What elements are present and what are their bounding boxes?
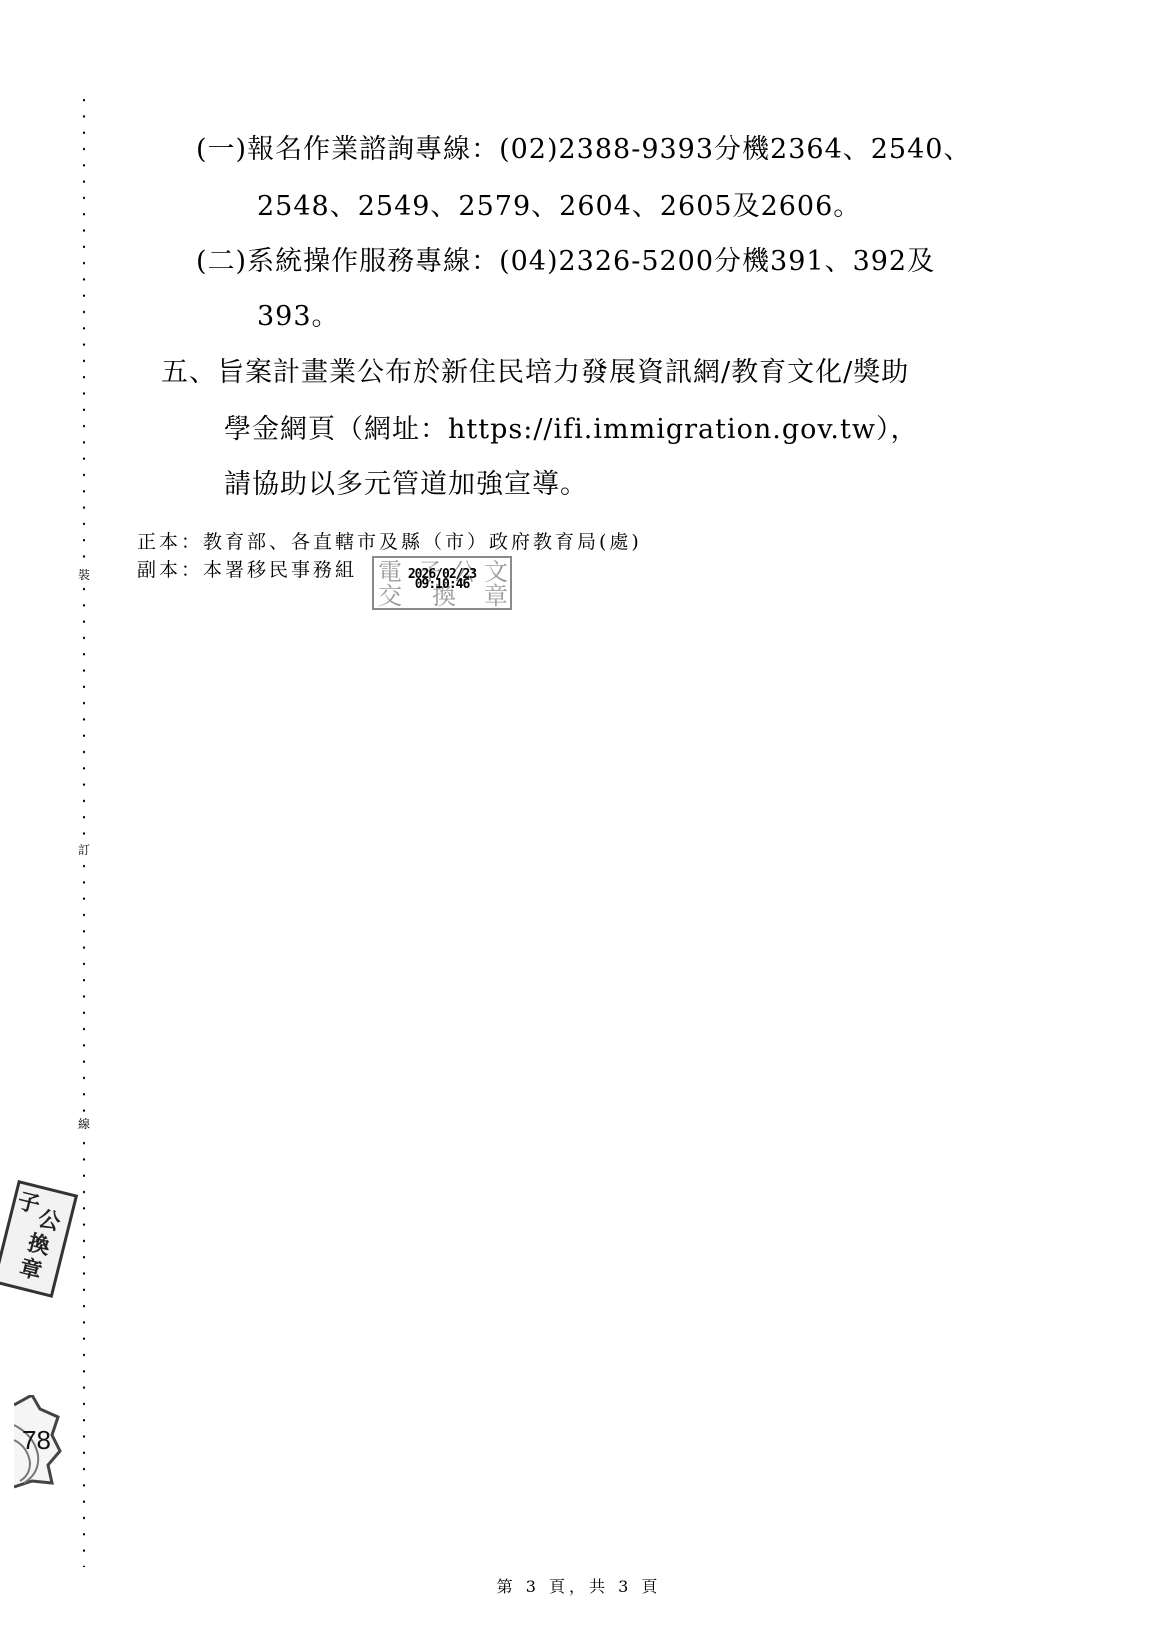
contact-line-1-continuation: 2548、2549、2579、2604、2605及2606。 [257,190,861,224]
seal-char: 章 [17,1256,44,1283]
item-five-line-1: 五、旨案計畫業公布於新住民培力發展資訊網/教育文化/獎助 [161,356,909,390]
seal-number: 78 [22,1425,51,1456]
seal-char: 公 [36,1207,63,1234]
binding-label-zhuang: 裝 [76,566,92,584]
binding-dotted-line [82,92,86,1567]
contact-line-2: (二)系統操作服務專線：(04)2326-5200分機391、392及 [196,245,935,279]
page-number: 第 3 頁，共 3 頁 [0,1574,1158,1597]
binding-label-xian: 線 [76,1115,92,1133]
binding-label-ding: 訂 [76,841,92,859]
seal-char: 換 [26,1232,53,1259]
item-five-line-3: 請協助以多元管道加強宣導。 [224,468,588,502]
distribution-original: 正本：教育部、各直轄市及縣（市）政府教育局(處) [137,529,642,555]
side-seal-badge: 78 [14,1395,64,1490]
seal-char: 子 [15,1190,42,1217]
distribution-copy: 副本：本署移民事務組 [137,557,357,583]
e-document-exchange-stamp: 電 子 公 文 交 換 章 2026/02/23 09:10:46 [372,556,512,610]
contact-line-1: (一)報名作業諮詢專線：(02)2388-9393分機2364、2540、 [196,133,971,167]
side-seal-stamp: 子 公 換 章 [0,1180,78,1298]
contact-line-2-continuation: 393。 [257,300,340,334]
stamp-time: 09:10:46 [374,578,510,591]
item-five-line-2: 學金網頁（網址：https://ifi.immigration.gov.tw）， [224,413,918,447]
